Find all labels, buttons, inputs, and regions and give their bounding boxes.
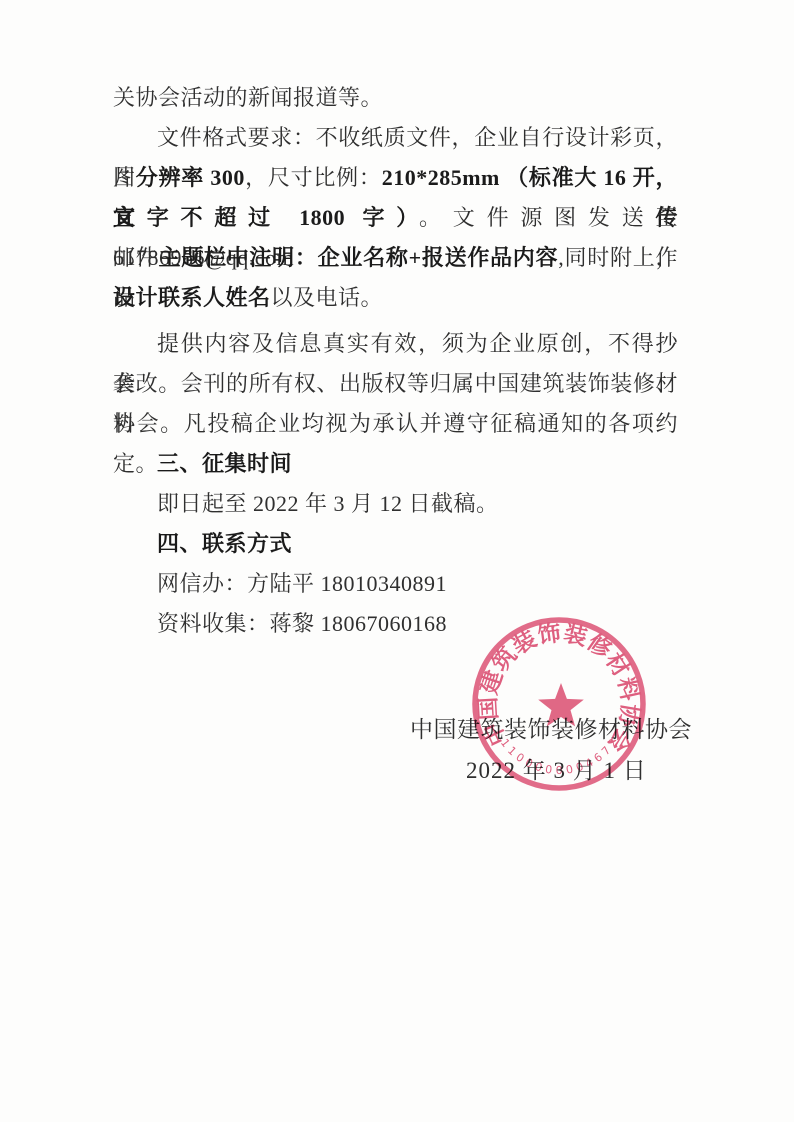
- svg-text:1100000004672: 1100000004672: [498, 733, 623, 777]
- text-segment: 以及电话。: [271, 285, 384, 310]
- text-line: 邮件主题栏中注明：企业名称+报送作品内容,同时附上作品: [113, 238, 678, 278]
- text-line: 文件格式要求：不收纸质文件，企业自行设计彩页，图: [113, 118, 678, 158]
- text-line: 关协会活动的新闻报道等。: [113, 78, 678, 118]
- text-line: 协会。凡投稿企业均视为承认并遵守征稿通知的各项约定。: [113, 404, 678, 444]
- text-line: 即日起至 2022 年 3 月 12 日截稿。: [113, 484, 678, 524]
- text-segment: 邮件: [113, 245, 158, 270]
- text-line: 文字不超过 1800 字）。文件源图发送至 61786966@qq.com，: [113, 198, 678, 238]
- official-seal: 中国建筑装饰装修材料协会 1100000004672: [449, 594, 669, 814]
- star-icon: [538, 683, 584, 726]
- text-segment-bold: 设计联系人姓名: [113, 285, 271, 310]
- body-text: 关协会活动的新闻报道等。 文件格式要求：不收纸质文件，企业自行设计彩页，图 片分…: [113, 78, 678, 644]
- heading-text: 三、征集时间: [157, 451, 292, 476]
- text-line: 提供内容及信息真实有效，须为企业原创，不得抄袭、: [113, 324, 678, 364]
- section-heading: 四、联系方式: [113, 524, 678, 564]
- text-segment-bold: 文字不超过 1800 字）: [113, 205, 419, 230]
- text-line: 片分辨率 300，尺寸比例：210*285mm （标准大 16 开，宣传: [113, 158, 678, 198]
- text-segment: 网信办：方陆平 18010340891: [157, 571, 447, 596]
- text-line: 套改。会刊的所有权、出版权等归属中国建筑装饰装修材料: [113, 364, 678, 404]
- section-heading: 三、征集时间: [113, 444, 678, 484]
- heading-text: 四、联系方式: [157, 531, 292, 556]
- text-segment: 片: [113, 165, 136, 190]
- text-segment: 即日起至 2022 年 3 月 12 日截稿。: [157, 491, 499, 516]
- text-segment: 关协会活动的新闻报道等。: [113, 85, 383, 110]
- text-segment-bold: 分辨率 300: [136, 165, 245, 190]
- text-segment: ，尺寸比例：: [245, 165, 382, 190]
- text-segment: 资料收集：蒋黎 18067060168: [157, 611, 447, 636]
- text-segment-bold: 主题栏中注明：企业名称+报送作品内容: [158, 245, 558, 270]
- seal-serial-number: 1100000004672: [498, 733, 623, 777]
- document-page: 关协会活动的新闻报道等。 文件格式要求：不收纸质文件，企业自行设计彩页，图 片分…: [0, 0, 794, 1122]
- text-line: 设计联系人姓名以及电话。: [113, 278, 678, 318]
